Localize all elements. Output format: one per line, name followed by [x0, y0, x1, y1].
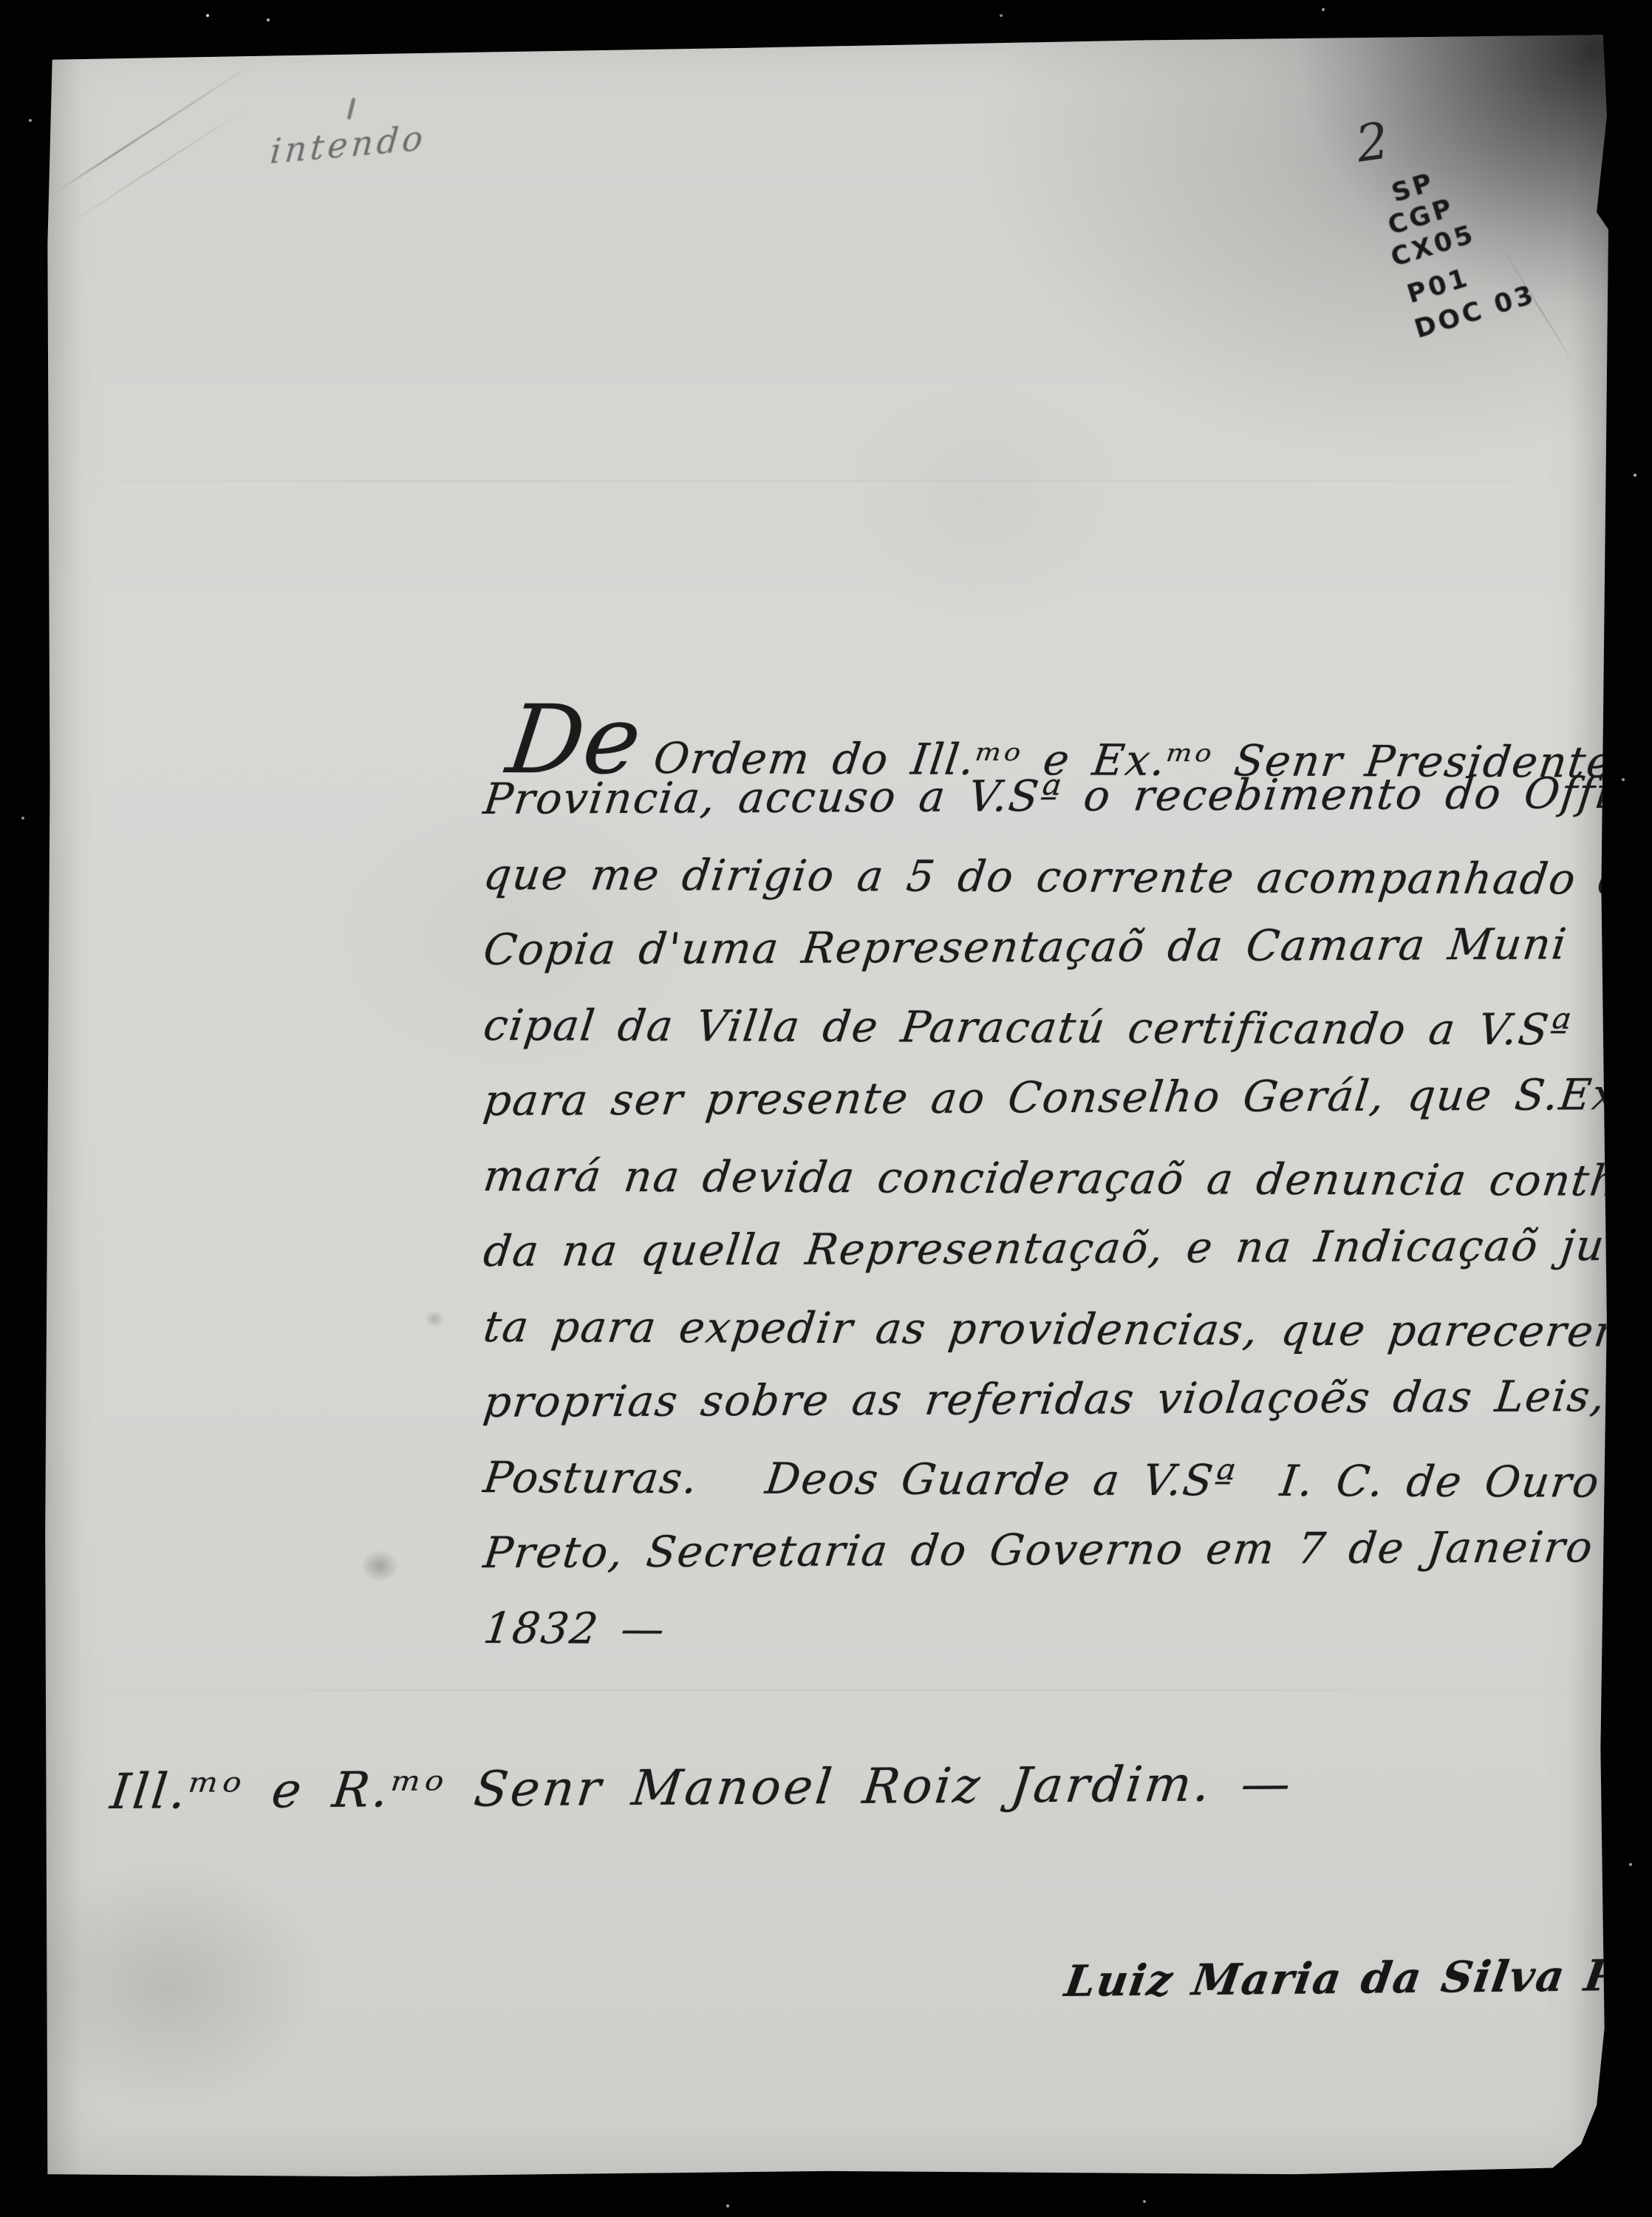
- body-line: mará na devida concideraçaõ a denuncia c…: [481, 1154, 1652, 1202]
- body-line: Provincia, accuso a V.Sª o recebimento d…: [482, 771, 1652, 820]
- address-line: Ill.ᵐᵒ e R.ᵐᵒ Senr Manoel Roiz Jardim. —: [108, 1760, 1296, 1816]
- body-line: da na quella Representaçaõ, e na Indicaç…: [482, 1223, 1652, 1273]
- body-line: proprias sobre as referidas violaçoẽs da…: [482, 1374, 1652, 1423]
- dust-specks: [0, 0, 1, 1]
- signature: Luiz Maria da Silva Pinto —: [1062, 1952, 1652, 2003]
- manuscript-scan-page: { "scan": { "background_color": "#000000…: [0, 0, 1652, 2217]
- body-line: cipal da Villa de Paracatú certificando …: [481, 1004, 1574, 1051]
- body-line: ta para expedir as providencias, que par…: [481, 1305, 1639, 1353]
- document-paper: intendo 2 SP CGP CX05 P01 DOC 03 De Orde…: [43, 30, 1609, 2179]
- scanner-background: intendo 2 SP CGP CX05 P01 DOC 03 De Orde…: [0, 0, 1652, 2217]
- body-line: que me dirigio a 5 do corrente acompanha…: [481, 853, 1652, 901]
- body-line: Copia d'uma Representaçaõ da Camara Muni: [482, 922, 1570, 971]
- body-line: 1832 —: [481, 1607, 668, 1650]
- body-line: para ser presente ao Conselho Gerál, que…: [482, 1072, 1652, 1122]
- body-line: Preto, Secretaria do Governo em 7 de Jan…: [482, 1525, 1652, 1574]
- body-line: Posturas. Deos Guarde a V.Sª I. C. de Ou…: [481, 1456, 1602, 1504]
- letter-body: De Ordem do Ill.ᵐᵒ e Ex.ᵐᵒ Senr Presiden…: [43, 30, 1609, 2179]
